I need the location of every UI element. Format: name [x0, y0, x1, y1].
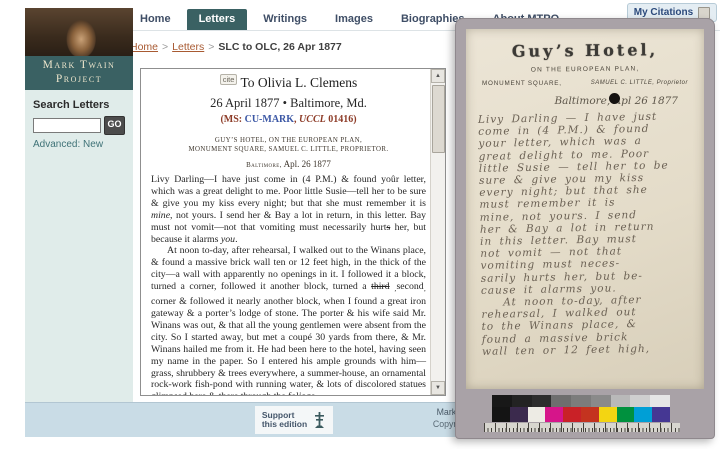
manuscript-plan-line: ON THE EUROPEAN PLAN, — [466, 65, 704, 74]
breadcrumb-letters-link[interactable]: Letters — [172, 41, 204, 53]
support-line2: this edition — [262, 420, 307, 430]
sidebar: Mark Twain Project Search Letters GO Adv… — [25, 8, 133, 402]
letterhead-line2: MONUMENT SQUARE, SAMUEL C. LITTLE, PROPR… — [151, 146, 426, 155]
site-logo[interactable]: Mark Twain Project — [25, 56, 133, 90]
letter-transcription-panel: citeTo Olivia L. Clemens 26 April 1877 •… — [140, 68, 446, 396]
ms-uccl: UCCL — [299, 114, 326, 125]
logo-line2: Project — [25, 72, 133, 86]
ms-prefix: (MS: — [220, 114, 244, 125]
support-press-icon — [313, 411, 326, 430]
breadcrumb-separator: > — [162, 41, 168, 53]
letter-body: Livy Darling—I have just come in (4 P.M.… — [151, 174, 426, 396]
tab-home[interactable]: Home — [128, 9, 183, 30]
letter-scrollbar[interactable]: ▲ ▼ — [430, 69, 445, 395]
cu-mark-link[interactable]: CU-MARK — [245, 114, 294, 125]
letterhead-transcription: GUY’S HOTEL, ON THE EUROPEAN PLAN, MONUM… — [151, 137, 426, 172]
scrollbar-thumb[interactable] — [432, 85, 445, 153]
breadcrumb-current: SLC to OLC, 26 Apr 1877 — [218, 41, 341, 53]
tab-letters[interactable]: Letters — [187, 9, 248, 30]
manuscript-handwriting: Livy Darling — I have just come in (4 P.… — [478, 110, 692, 358]
support-edition-button[interactable]: Support this edition — [255, 406, 333, 434]
letter-dateline: 26 April 1877 • Baltimore, Md. — [151, 96, 426, 111]
letterhead-line1: GUY’S HOTEL, ON THE EUROPEAN PLAN, — [151, 137, 426, 146]
letter-paragraph-2: At noon to-day, after rehearsal, I walke… — [151, 245, 426, 396]
manuscript-hotel-title: Guy’s Hotel, — [466, 40, 704, 61]
mark-twain-project-page: My Citations Home Letters Writings Image… — [0, 0, 720, 449]
search-input[interactable] — [33, 118, 101, 133]
breadcrumb-home-link[interactable]: Home — [130, 41, 158, 53]
color-calibration-target — [492, 395, 670, 422]
scroll-down-button[interactable]: ▼ — [431, 381, 445, 395]
my-citations-label: My Citations — [634, 7, 693, 18]
advanced-search-link[interactable]: Advanced: New — [33, 139, 125, 150]
punch-hole — [609, 93, 620, 104]
manuscript-viewer-window[interactable]: Guy’s Hotel, ON THE EUROPEAN PLAN, MONUM… — [455, 18, 715, 439]
tab-writings[interactable]: Writings — [251, 9, 319, 30]
letterhead-date: Apl. 26 1877 — [282, 159, 331, 169]
letter-paragraph-1: Livy Darling—I have just come in (4 P.M.… — [151, 174, 426, 245]
letterhead-place: Baltimore, — [246, 162, 282, 169]
citations-folder-icon — [698, 7, 710, 19]
scroll-up-button[interactable]: ▲ — [431, 69, 445, 83]
ruler — [484, 423, 680, 432]
manuscript-scan-image: Guy’s Hotel, ON THE EUROPEAN PLAN, MONUM… — [466, 29, 704, 389]
letter-content: citeTo Olivia L. Clemens 26 April 1877 •… — [151, 74, 426, 393]
letter-title: To Olivia L. Clemens — [240, 75, 357, 90]
logo-line1: Mark Twain — [25, 58, 133, 72]
search-panel: Search Letters GO Advanced: New — [25, 90, 133, 402]
cite-button[interactable]: cite — [220, 74, 238, 85]
search-letters-label: Search Letters — [33, 99, 125, 111]
manuscript-proprietor-line: SAMUEL C. LITTLE, Proprietor — [591, 80, 688, 87]
manuscript-dateline: Baltimore, Apl 26 1877 — [466, 95, 678, 107]
color-swatches — [492, 407, 670, 422]
tab-images[interactable]: Images — [323, 9, 385, 30]
ms-number: 01416) — [326, 114, 357, 125]
breadcrumb: Home>Letters>SLC to OLC, 26 Apr 1877 — [130, 41, 342, 53]
grayscale-swatches — [492, 395, 670, 407]
search-go-button[interactable]: GO — [104, 116, 125, 135]
breadcrumb-separator: > — [208, 41, 214, 53]
mark-twain-portrait-image — [25, 8, 133, 56]
letter-ms-line: (MS: CU-MARK, UCCL 01416) — [151, 114, 426, 125]
manuscript-square-line: MONUMENT SQUARE, — [482, 80, 562, 87]
